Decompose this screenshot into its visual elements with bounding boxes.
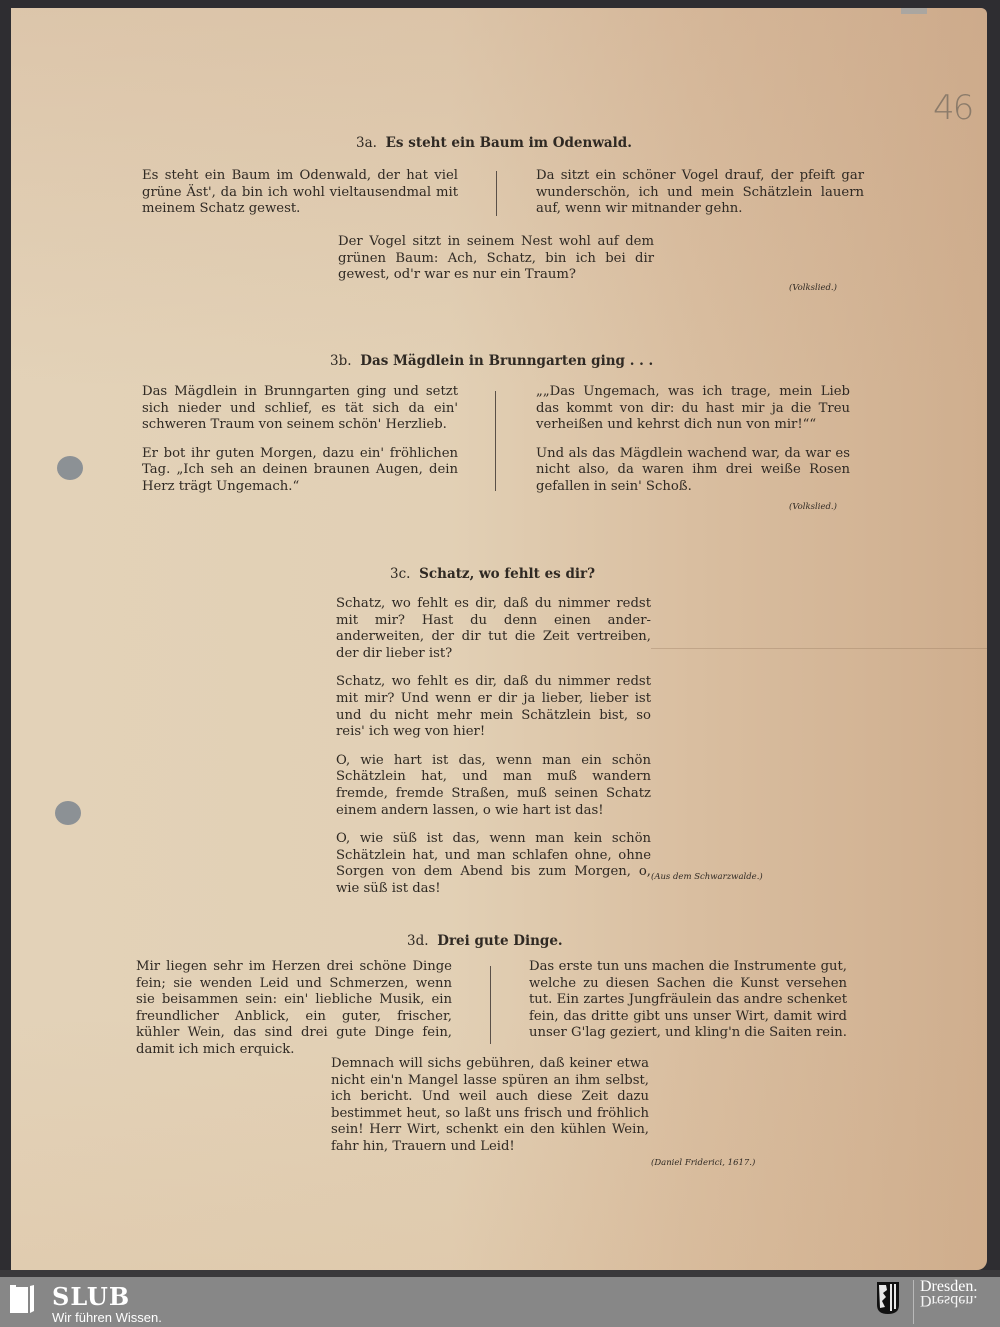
section-3d-left-column: Mir liegen sehr im Herzen drei schöne Di… <box>136 959 452 1059</box>
paragraph: Er bot ihr guten Morgen, dazu ein' fröhl… <box>142 446 458 496</box>
viewer-frame-edge <box>0 1270 1000 1277</box>
section-source: (Daniel Friderici, 1617.) <box>651 1158 755 1168</box>
section-source: (Volkslied.) <box>789 283 837 293</box>
paragraph: Mir liegen sehr im Herzen drei schöne Di… <box>136 959 452 1059</box>
footer-bar: SLUB Wir führen Wissen. Dresden. Dresden… <box>0 1277 1000 1327</box>
section-title-3d: 3d. Drei gute Dinge. <box>407 933 563 949</box>
pencil-page-number: 46 <box>933 88 972 128</box>
column-divider <box>495 391 496 491</box>
dresden-logo-mirror: Dresden. <box>920 1293 977 1307</box>
section-number: 3c. <box>390 566 410 582</box>
section-title-text: Es steht ein Baum im Odenwald. <box>386 135 632 151</box>
section-title-3a: 3a. Es steht ein Baum im Odenwald. <box>356 135 632 151</box>
section-3d-right-column: Das erste tun uns machen die Instrumente… <box>529 959 847 1042</box>
section-3b-right-column: „„Das Ungemach, was ich trage, mein Lieb… <box>536 384 850 496</box>
slub-logo-text[interactable]: SLUB <box>52 1282 130 1311</box>
punch-hole-icon <box>55 801 81 825</box>
paragraph: Das Mägdlein in Brunngarten ging und set… <box>142 384 458 434</box>
stanza: O, wie hart ist das, wenn man ein schön … <box>336 753 651 819</box>
column-divider <box>490 966 491 1044</box>
section-3c-stanzas: Schatz, wo fehlt es dir, daß du nimmer r… <box>336 596 651 898</box>
paragraph: „„Das Ungemach, was ich trage, mein Lieb… <box>536 384 850 434</box>
paragraph: Das erste tun uns machen die Instrumente… <box>529 959 847 1042</box>
section-source: (Aus dem Schwarzwalde.) <box>651 872 763 882</box>
paragraph: Da sitzt ein schöner Vogel drauf, der pf… <box>536 168 864 218</box>
section-number: 3a. <box>356 135 377 151</box>
section-title-text: Das Mägdlein in Brunngarten ging . . . <box>360 353 653 369</box>
section-3a-left-column: Es steht ein Baum im Odenwald, der hat v… <box>142 168 458 218</box>
column-divider <box>496 171 497 216</box>
scanned-page: 46 3a. Es steht ein Baum im Odenwald. Es… <box>11 8 987 1270</box>
section-number: 3b. <box>330 353 352 369</box>
section-title-3b: 3b. Das Mägdlein in Brunngarten ging . .… <box>330 353 653 369</box>
stanza: O, wie süß ist das, wenn man kein schön … <box>336 831 651 897</box>
section-title-text: Drei gute Dinge. <box>437 933 562 949</box>
paragraph: Der Vogel sitzt in seinem Nest wohl auf … <box>338 234 654 284</box>
section-number: 3d. <box>407 933 429 949</box>
section-3b-left-column: Das Mägdlein in Brunngarten ging und set… <box>142 384 458 496</box>
paragraph: Es steht ein Baum im Odenwald, der hat v… <box>142 168 458 218</box>
section-source: (Volkslied.) <box>789 502 837 512</box>
section-3d-center: Demnach will sichs gebühren, daß keiner … <box>331 1056 649 1156</box>
stanza: Schatz, wo fehlt es dir, daß du nimmer r… <box>336 674 651 740</box>
punch-hole-icon <box>57 456 83 480</box>
dresden-coat-of-arms-icon <box>876 1281 900 1315</box>
slub-tagline: Wir führen Wissen. <box>52 1310 162 1325</box>
paragraph: Und als das Mägdlein wachend war, da war… <box>536 446 850 496</box>
section-title-3c: 3c. Schatz, wo fehlt es dir? <box>390 566 595 582</box>
paragraph: Demnach will sichs gebühren, daß keiner … <box>331 1056 649 1156</box>
section-3a-center: Der Vogel sitzt in seinem Nest wohl auf … <box>338 234 654 284</box>
tape-strip <box>901 8 927 14</box>
footer-divider <box>913 1280 914 1324</box>
stanza: Schatz, wo fehlt es dir, daß du nimmer r… <box>336 596 651 662</box>
section-title-text: Schatz, wo fehlt es dir? <box>419 566 595 582</box>
fold-crease <box>651 648 987 649</box>
section-3a-right-column: Da sitzt ein schöner Vogel drauf, der pf… <box>536 168 864 218</box>
slub-book-icon <box>8 1284 36 1314</box>
